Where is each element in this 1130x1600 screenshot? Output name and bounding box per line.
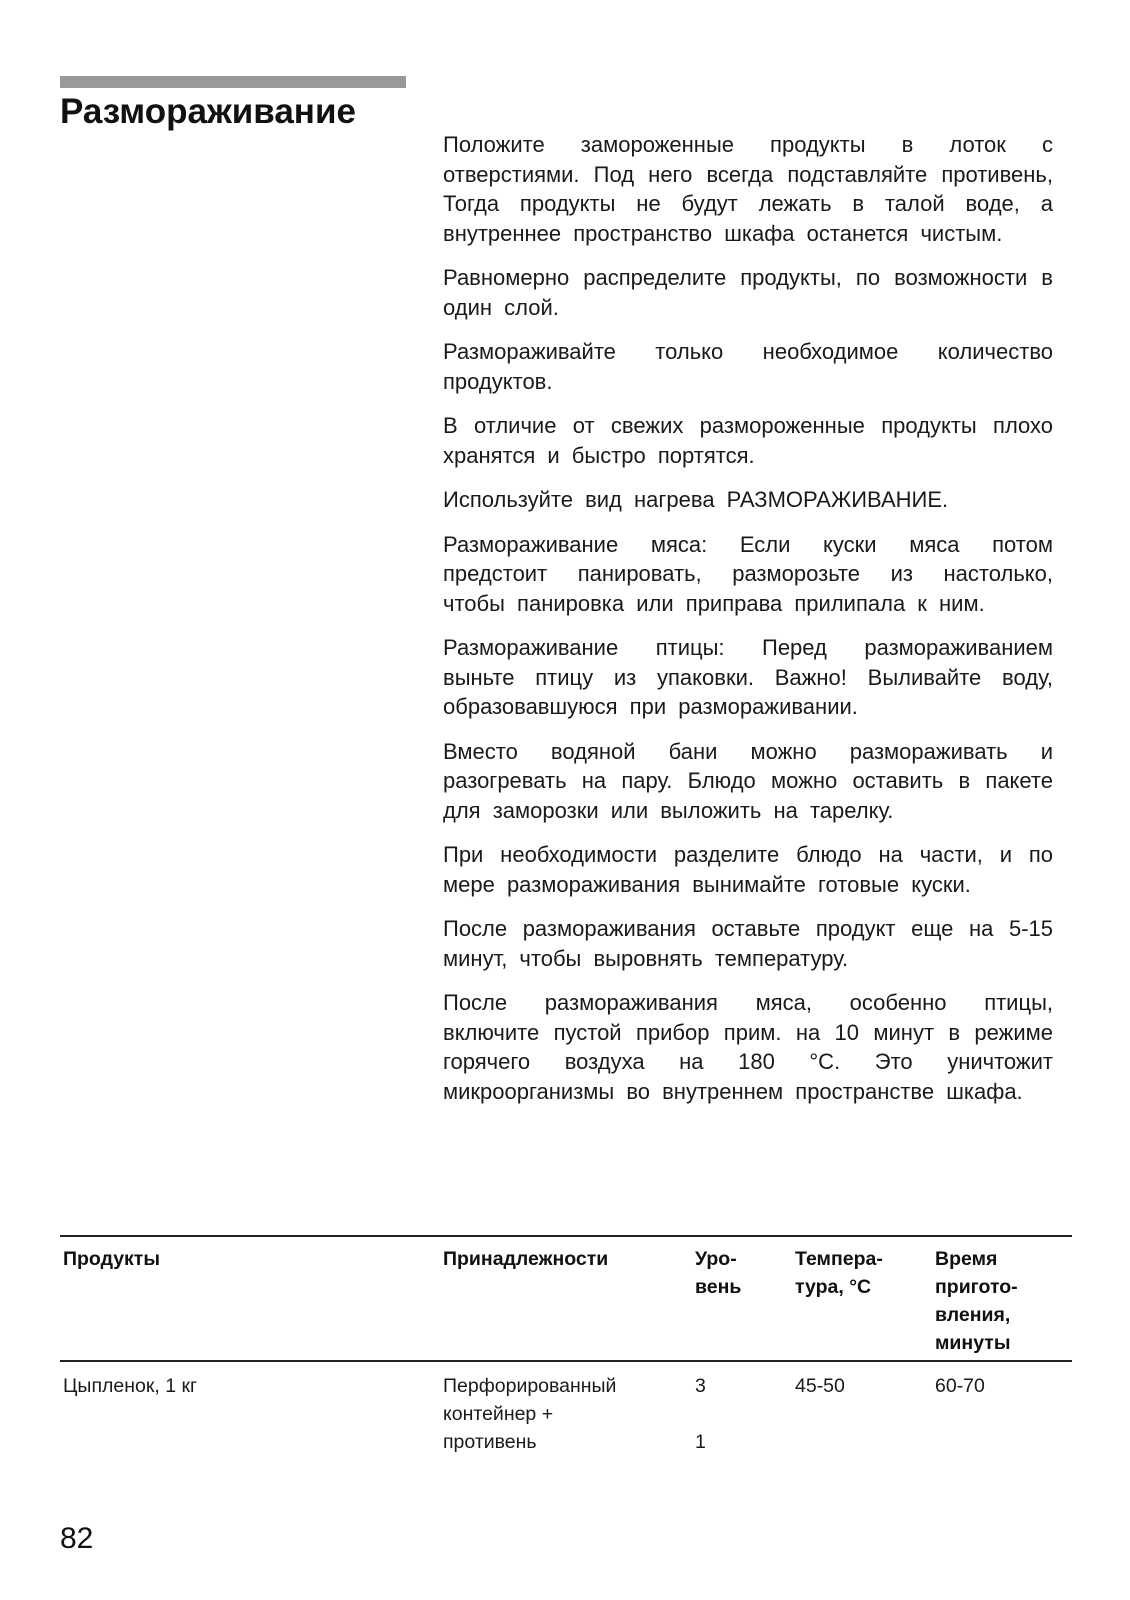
- table-header-row: Продукты Принадлежности Уро- вень Темпер…: [60, 1237, 1072, 1360]
- paragraph-portions: При необходимости разделите блюдо на час…: [443, 840, 1053, 899]
- section-title-bar: [60, 76, 406, 88]
- paragraph-steam: Вместо водяной бани можно размораживать …: [443, 737, 1053, 826]
- paragraph-clean: После размораживания мяса, особенно птиц…: [443, 988, 1053, 1106]
- page-title: Размораживание: [60, 92, 356, 132]
- cell-level: 3 1: [695, 1372, 706, 1456]
- paragraph-poultry: Размораживание птицы: Перед размораживан…: [443, 633, 1053, 722]
- header-level: Уро- вень: [695, 1245, 741, 1301]
- header-products: Продукты: [63, 1245, 160, 1273]
- defrost-table: Продукты Принадлежности Уро- вень Темпер…: [60, 1235, 1072, 1462]
- body-text-column: Положите замороженные продукты в лоток с…: [443, 130, 1053, 1121]
- header-time: Время пригото- вления, минуты: [935, 1245, 1018, 1357]
- paragraph-distribute: Равномерно распределите продукты, по воз…: [443, 263, 1053, 322]
- cell-product: Цыпленок, 1 кг: [63, 1372, 197, 1400]
- paragraph-quantity: Размораживайте только необходимое количе…: [443, 337, 1053, 396]
- cell-temperature: 45-50: [795, 1372, 845, 1400]
- paragraph-mode: Используйте вид нагрева РАЗМОРАЖИВАНИЕ.: [443, 485, 1053, 515]
- paragraph-storage: В отличие от свежих размороженные продук…: [443, 411, 1053, 470]
- cell-accessories: Перфорированный контейнер + противень: [443, 1372, 616, 1456]
- paragraph-tray: Положите замороженные продукты в лоток с…: [443, 130, 1053, 248]
- header-temperature: Темпера- тура, °C: [795, 1245, 883, 1301]
- paragraph-rest: После размораживания оставьте продукт ещ…: [443, 914, 1053, 973]
- cell-time: 60-70: [935, 1372, 985, 1400]
- paragraph-meat: Размораживание мяса: Если куски мяса пот…: [443, 530, 1053, 619]
- page-number: 82: [60, 1522, 93, 1556]
- header-accessories: Принадлежности: [443, 1245, 608, 1273]
- table-row: Цыпленок, 1 кг Перфорированный контейнер…: [60, 1362, 1072, 1462]
